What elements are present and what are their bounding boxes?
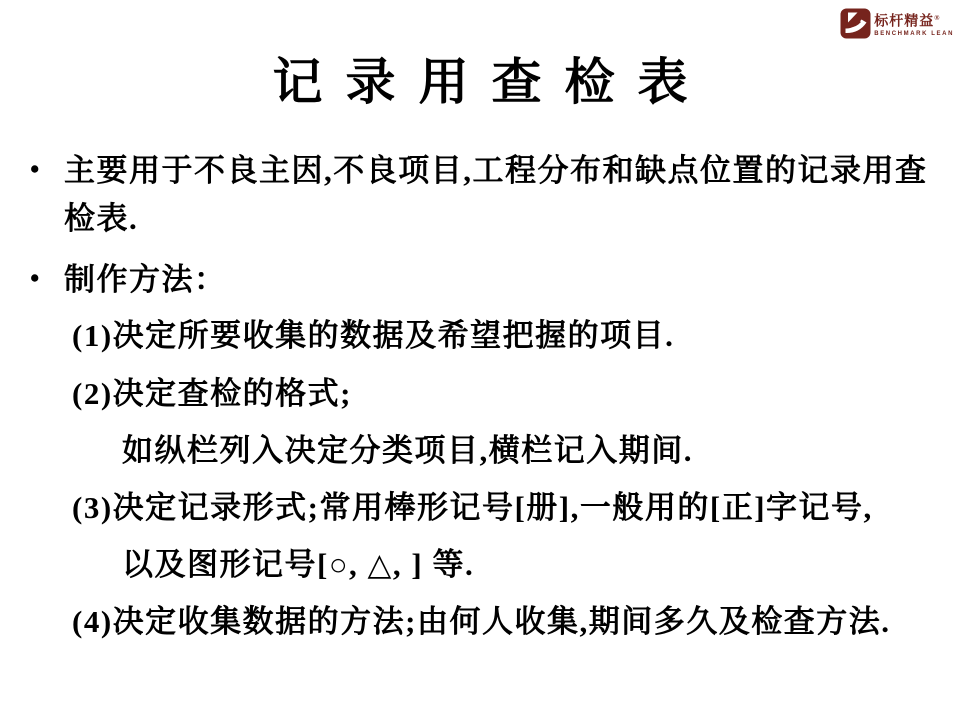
benchmark-lean-icon [840, 8, 871, 39]
logo-brand-cn-text: 标杆精益 [874, 15, 934, 30]
line-text: (2)决定查检的格式; [72, 376, 352, 411]
numbered-step-2: (2)决定查检的格式; [72, 375, 352, 413]
numbered-step-3-continuation: 以及图形记号[○, △, ] 等. [122, 546, 474, 584]
benchmark-lean-logo: 标杆精益® BENCHMARK LEAN [840, 8, 954, 39]
slide-title: 记录用查检表 [0, 52, 960, 112]
line-text: (1)决定所要收集的数据及希望把握的项目. [72, 318, 674, 353]
bullet-line-1: •主要用于不良主因,不良项目,工程分布和缺点位置的记录用查 [64, 152, 928, 190]
line-text: 检表. [64, 201, 138, 236]
line-text: (3)决定记录形式;常用棒形记号[册],一般用的[正]字记号, [72, 490, 873, 525]
bullet-line-2: •制作方法： [64, 261, 227, 299]
numbered-step-4: (4)决定收集数据的方法;由何人收集,期间多久及检查方法. [72, 603, 890, 641]
numbered-step-2-continuation: 如纵栏列入决定分类项目,横栏记入期间. [122, 432, 693, 470]
numbered-step-3: (3)决定记录形式;常用棒形记号[册],一般用的[正]字记号, [72, 489, 873, 527]
registered-trademark-symbol: ® [934, 14, 939, 22]
bullet-line-1-continuation: 检表. [64, 200, 138, 238]
line-text: 如纵栏列入决定分类项目,横栏记入期间. [122, 433, 693, 468]
logo-brand-cn: 标杆精益® [874, 11, 954, 30]
numbered-step-1: (1)决定所要收集的数据及希望把握的项目. [72, 317, 674, 355]
line-text: 主要用于不良主因,不良项目,工程分布和缺点位置的记录用查 [64, 153, 928, 188]
logo-text: 标杆精益® BENCHMARK LEAN [874, 8, 954, 38]
line-text: 以及图形记号[○, △, ] 等. [122, 547, 474, 582]
logo-brand-en: BENCHMARK LEAN [874, 30, 954, 38]
bullet-marker: • [30, 150, 39, 188]
bullet-marker: • [30, 259, 39, 297]
line-text: 制作方法： [64, 262, 227, 297]
slide: 标杆精益® BENCHMARK LEAN 记录用查检表 •主要用于不良主因,不良… [0, 0, 960, 720]
line-text: (4)决定收集数据的方法;由何人收集,期间多久及检查方法. [72, 604, 890, 639]
